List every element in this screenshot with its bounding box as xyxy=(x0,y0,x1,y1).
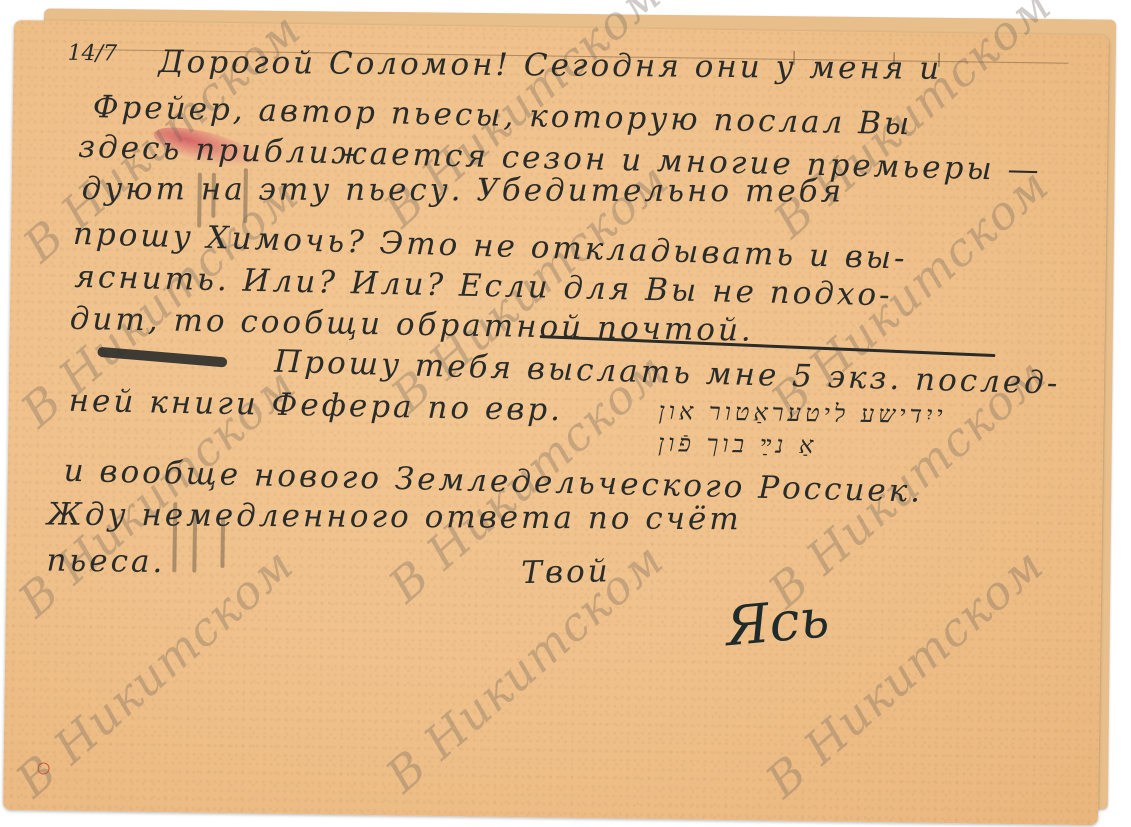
letter-line-9: ней книги Фефера по евр. xyxy=(68,383,563,428)
signature: Ясь xyxy=(723,586,832,658)
closing-word: Твой xyxy=(521,553,611,591)
letter-line-12: пьеса. xyxy=(46,543,165,581)
letter-line-1: Дорогой Соломон! Сегодня они у меня и xyxy=(158,44,942,87)
letter-line-11: Жду немедленного ответа по счёт xyxy=(47,497,742,538)
letter-date: 14/7 xyxy=(67,41,117,67)
postcard: В Никитском В Никитском В Никитском В Ни… xyxy=(3,20,1109,825)
letter-line-4: дуют на эту пьесу. Убедительно тебя xyxy=(82,171,845,210)
hebrew-insert-line-2: אַ נײַ בוך פֿון xyxy=(658,429,818,460)
hebrew-insert-line-1: ייִדישע ליטעראַטור און xyxy=(658,397,946,430)
